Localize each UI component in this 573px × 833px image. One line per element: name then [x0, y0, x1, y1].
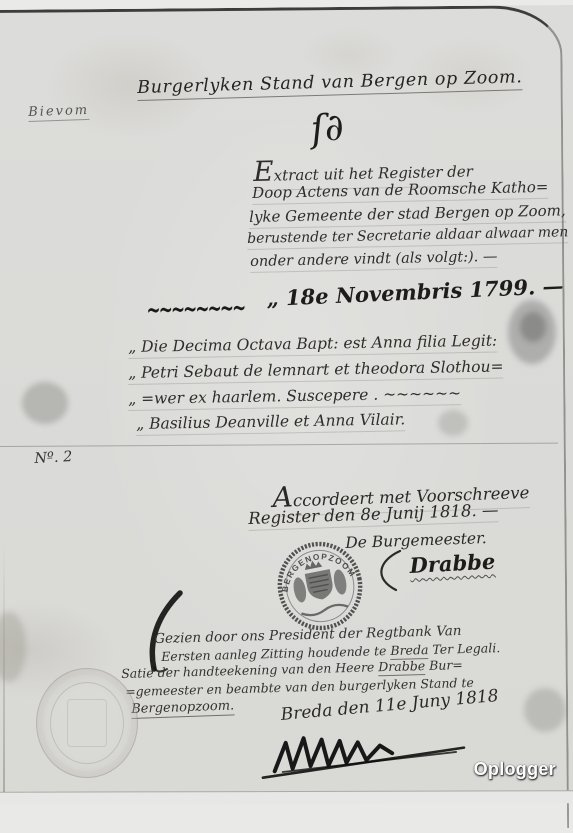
signature-flourish [370, 549, 404, 593]
scanned-document-page: Bievom Burgerlyken Stand van Bergen op Z… [0, 0, 573, 800]
paper-stain [524, 688, 566, 732]
scan-bottom-margin [0, 790, 573, 800]
bergen-op-zoom-stamp: BERGENOPZOOM [268, 533, 372, 638]
paper-stain [520, 312, 546, 342]
legalisation-text: Ter Legali. [428, 640, 500, 657]
president-signature [257, 718, 479, 781]
legalisation-text: Bur= [425, 657, 463, 673]
paper-stain [22, 382, 68, 424]
embossed-seal [36, 668, 138, 778]
stamp-supporter-left [292, 576, 308, 603]
margin-note: Bievom [28, 103, 89, 122]
burgemeester-signature: Drabbe [409, 549, 496, 578]
embossed-seal-center [67, 699, 107, 747]
legalisation-place: Bergenopzoom. [131, 698, 234, 719]
oplogger-watermark: Oplogger [474, 759, 556, 780]
surname-underlined: Drabbe [378, 658, 425, 676]
date-flourish: ~~~~~~~~ [146, 293, 245, 326]
paper-stain [438, 410, 468, 436]
margin-note-number: Nº. 2 [34, 449, 73, 467]
paraph-flourish: ſ∂ [309, 105, 345, 151]
